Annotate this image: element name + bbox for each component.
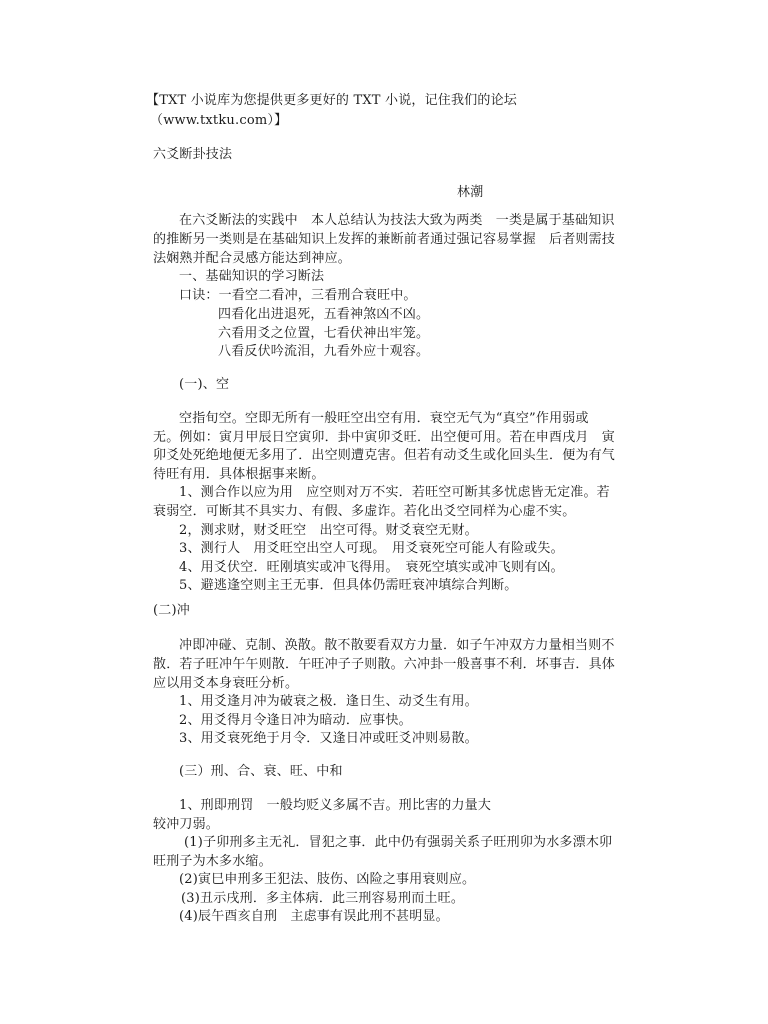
banner-line-2: （www.txtku.com）】 [150, 112, 287, 130]
sub1-item-3: 3、测行人 用爻旺空出空人可现。 用爻衰死空可能人有险或失。 [179, 540, 564, 558]
sub1-item-2: 2，测求财，财爻旺空 出空可得。财爻衰空无财。 [179, 522, 478, 540]
sub2-para-line-2: 散．若子旺冲午午则散．午旺冲子子则散。六冲卦一般喜事不利．坏事吉．具体 [153, 656, 615, 674]
document-title: 六爻断卦技法 [153, 146, 232, 164]
sub2-item-2: 2、用爻得月令逢日冲为暗动．应事快。 [179, 712, 412, 730]
sub1-item-5: 5、避逃逢空则主王无事．但具体仍需旺衰冲填综合判断。 [179, 577, 517, 595]
sub1-para-line-4: 待旺有用．具体根据事来断。 [153, 466, 325, 484]
sub2-item-3: 3、用爻衰死绝于月令．又逢日冲或旺爻冲则易散。 [179, 730, 478, 748]
intro-line-3: 法娴熟并配合灵感方能达到神应。 [153, 250, 351, 268]
sub3-item-1b: 较冲刀弱。 [153, 816, 219, 834]
sub3-item-2b: 旺刑子为木多水缩。 [153, 853, 272, 871]
sub2-heading: (二)冲 [153, 602, 190, 620]
sub1-para-line-2: 无。例如：寅月甲辰日空寅卯．卦中寅卯爻旺．出空便可用。若在申酉戌月 寅 [153, 429, 615, 447]
sub3-item-1a: 1、刑即刑罚 一般均贬义多属不吉。刑比害的力量大 [179, 797, 491, 815]
intro-line-1: 在六爻断法的实践中 本人总结认为技法大致为两类 一类是属于基础知识 [179, 212, 615, 230]
sub3-item-5: (4)辰午酉亥自刑 主虑事有误此刑不甚明显。 [179, 908, 449, 926]
document-author: 林潮 [457, 184, 483, 202]
sub1-item-1b: 衰弱空．可断其不具实力、有假、多虚诈。若化出爻空同样为心虚不实。 [153, 503, 575, 521]
sub2-para-line-1: 冲即冲碰、克制、涣散。散不散要看双方力量．如子午冲双方力量相当则不 [179, 637, 615, 655]
sub1-item-4: 4、用爻伏空．旺刚填实或冲飞得用。 衰死空填实或冲飞则有凶。 [179, 559, 564, 577]
banner-line-1: 【TXT 小说库为您提供更多更好的 TXT 小说，记住我们的论坛 [146, 92, 517, 110]
mnemonic-line-2: 四看化出进退死，五看神煞凶不凶。 [218, 306, 429, 324]
section1-heading: 一、基础知识的学习断法 [179, 268, 324, 286]
sub3-item-4: (3)丑示戌刑．多主体病．此三刑容易刑而土旺。 [181, 890, 464, 908]
sub3-heading: (三）刑、合、衰、旺、中和 [179, 763, 343, 781]
sub3-item-2a: (1)子卯刑多主无礼．冒犯之事．此中仍有强弱关系子旺刑卯为水多漂木卯 [184, 834, 612, 852]
document-page: 【TXT 小说库为您提供更多更好的 TXT 小说，记住我们的论坛 （www.tx… [0, 0, 768, 1024]
sub3-item-3: (2)寅巳申刑多王犯法、肢伤、凶险之事用衰则应。 [179, 871, 475, 889]
sub1-para-line-3: 卯爻处死绝地便无多用了．出空则遭克害。但若有动爻生或化回头生．便为有气 [153, 447, 615, 465]
sub2-para-line-3: 应以用爻本身衰旺分析。 [153, 675, 298, 693]
sub1-item-1a: 1、测合作以应为用 应空则对万不实．若旺空可断其多忧虑皆无定准。若 [179, 484, 610, 502]
sub2-item-1: 1、用爻逢月冲为破衰之极．逢日生、动爻生有用。 [179, 693, 478, 711]
mnemonic-line-4: 八看反伏吟流泪，九看外应十观容。 [218, 343, 429, 361]
sub1-heading: (一)、空 [179, 376, 229, 394]
intro-line-2: 的推断另一类则是在基础知识上发挥的兼断前者通过强记容易掌握 后者则需技 [153, 231, 615, 249]
mnemonic-line-1: 口诀：一看空二看冲，三看刑合衰旺中。 [179, 287, 417, 305]
mnemonic-line-3: 六看用爻之位置，七看伏神出牢笼。 [218, 325, 429, 343]
sub1-para-line-1: 空指旬空。空即无所有一般旺空出空有用．衰空无气为“真空”作用弱或 [179, 410, 589, 428]
